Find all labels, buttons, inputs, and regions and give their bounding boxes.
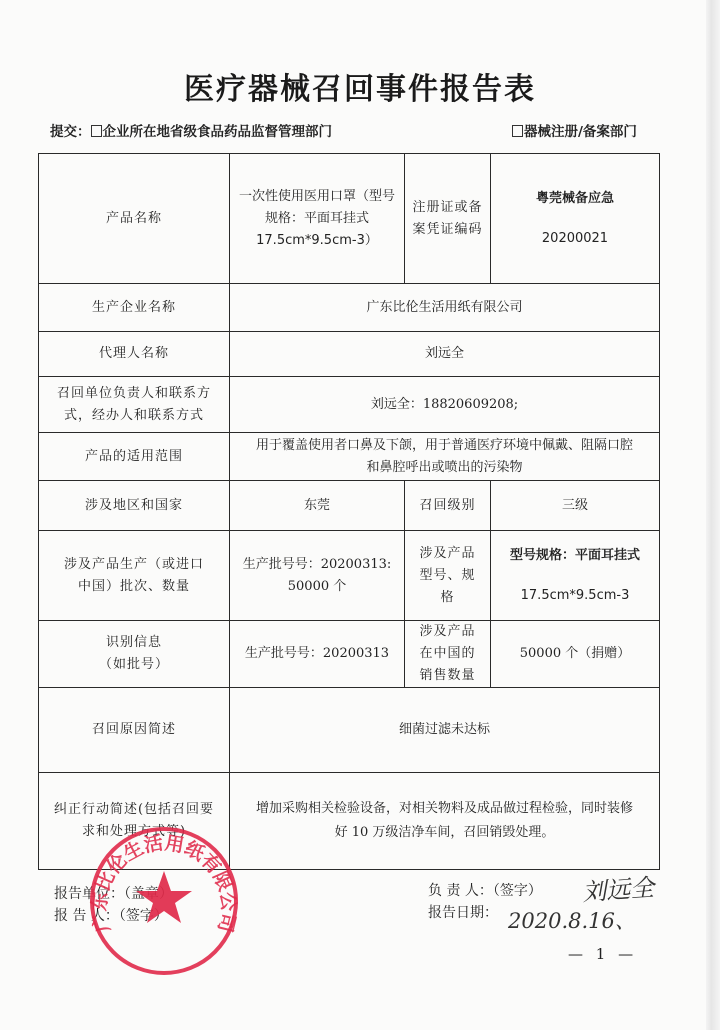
label-identification: 识别信息 （如批号）: [39, 621, 230, 688]
label-product-name: 产品名称: [39, 154, 230, 284]
row-agent: 代理人名称 刘远全: [39, 332, 660, 377]
model-value-line: 型号规格：平面耳挂式: [497, 536, 653, 576]
value-product-name: 一次性使用医用口罩（型号 规格：平面耳挂式 17.5cm*9.5cm-3）: [230, 154, 405, 284]
corrective-line: 增加采购相关检验设备，对相关物料及成品做过程检验，同时装修: [236, 797, 653, 821]
value-manufacturer: 广东比伦生活用纸有限公司: [230, 284, 660, 332]
submit-line: 提交：企业所在地省级食品药品监督管理部门: [50, 120, 332, 140]
row-corrective: 纠正行动简述(包括召回要 求和处理方式等) 增加采购相关检验设备，对相关物料及成…: [39, 773, 660, 870]
label-model: 涉及产品 型号、规 格: [405, 531, 491, 621]
checkbox-registration-dept[interactable]: [512, 125, 523, 137]
row-scope: 产品的适用范围 用于覆盖使用者口鼻及下颌，用于普通医疗环境中佩戴、阻隔口腔 和鼻…: [39, 433, 660, 481]
label-scope: 产品的适用范围: [39, 433, 230, 481]
value-sales-quantity: 50000 个（捐赠）: [491, 621, 660, 688]
scope-line: 用于覆盖使用者口鼻及下颌，用于普通医疗环境中佩戴、阻隔口腔: [236, 435, 653, 457]
model-label-line: 格: [411, 587, 484, 609]
label-corrective: 纠正行动简述(包括召回要 求和处理方式等): [39, 773, 230, 870]
row-contact: 召回单位负责人和联系方 式，经办人和联系方式 刘远全：18820609208;: [39, 377, 660, 433]
value-identification: 生产批号号：20200313: [230, 621, 405, 688]
checkbox-provincial[interactable]: [91, 125, 102, 137]
model-value-line: 17.5cm*9.5cm-3: [497, 576, 653, 616]
identification-label-line: 识别信息: [45, 632, 223, 654]
footer-left: 报告单位：（盖章） 报 告 人：（签字）: [54, 883, 173, 927]
recall-report-table: 产品名称 一次性使用医用口罩（型号 规格：平面耳挂式 17.5cm*9.5cm-…: [38, 153, 660, 870]
row-reason: 召回原因简述 细菌过滤未达标: [39, 688, 660, 773]
label-sales-quantity: 涉及产品 在中国的 销售数量: [405, 621, 491, 688]
report-unit-field[interactable]: 报告单位：（盖章）: [54, 883, 173, 905]
contact-label-line: 召回单位负责人和联系方: [41, 383, 227, 405]
reporter-field[interactable]: 报 告 人：（签字）: [54, 905, 173, 927]
row-batch: 涉及产品生产（或进口 中国）批次、数量 生产批号号：20200313: 5000…: [39, 531, 660, 621]
corrective-line: 好 10 万级洁净车间，召回销毁处理。: [236, 821, 653, 845]
handwritten-signature: 刘远全: [581, 868, 655, 908]
reg-value-line: 粤莞械备应急: [497, 179, 653, 219]
scope-line: 和鼻腔呼出或喷出的污染物: [236, 457, 653, 479]
value-model: 型号规格：平面耳挂式 17.5cm*9.5cm-3: [491, 531, 660, 621]
label-reason: 召回原因简述: [39, 688, 230, 773]
reg-value-line: 20200021: [497, 219, 653, 259]
reg-label-line: 案凭证编码: [411, 219, 484, 241]
batch-label-line: 涉及产品生产（或进口: [45, 554, 223, 576]
value-agent: 刘远全: [230, 332, 660, 377]
value-scope: 用于覆盖使用者口鼻及下颌，用于普通医疗环境中佩戴、阻隔口腔 和鼻腔呼出或喷出的污…: [230, 433, 660, 481]
product-name-line: 规格：平面耳挂式: [236, 208, 398, 230]
label-region: 涉及地区和国家: [39, 481, 230, 531]
value-corrective: 增加采购相关检验设备，对相关物料及成品做过程检验，同时装修 好 10 万级洁净车…: [230, 773, 660, 870]
page-number: — 1 —: [568, 945, 637, 963]
label-registration-code: 注册证或备 案凭证编码: [405, 154, 491, 284]
value-registration-code: 粤莞械备应急 20200021: [491, 154, 660, 284]
sales-label-line: 涉及产品: [411, 621, 484, 643]
submit-option-provincial: 企业所在地省级食品药品监督管理部门: [103, 124, 333, 140]
corrective-label-line: 求和处理方式等): [41, 821, 227, 843]
label-batch: 涉及产品生产（或进口 中国）批次、数量: [39, 531, 230, 621]
corrective-label-line: 纠正行动简述(包括召回要: [41, 799, 227, 821]
row-identification: 识别信息 （如批号） 生产批号号：20200313 涉及产品 在中国的 销售数量…: [39, 621, 660, 688]
row-product-name: 产品名称 一次性使用医用口罩（型号 规格：平面耳挂式 17.5cm*9.5cm-…: [39, 154, 660, 284]
page-title: 医疗器械召回事件报告表: [0, 64, 720, 108]
contact-label-line: 式，经办人和联系方式: [41, 405, 227, 427]
value-region: 东莞: [230, 481, 405, 531]
model-label-line: 涉及产品: [411, 543, 484, 565]
handwritten-date: 2020.8.16、: [508, 905, 636, 935]
value-recall-level: 三级: [491, 481, 660, 531]
batch-label-line: 中国）批次、数量: [45, 576, 223, 598]
sales-label-line: 在中国的: [411, 643, 484, 665]
label-agent: 代理人名称: [39, 332, 230, 377]
batch-value-line: 生产批号号：20200313:: [236, 554, 398, 576]
product-name-line: 17.5cm*9.5cm-3）: [236, 230, 398, 252]
label-recall-level: 召回级别: [405, 481, 491, 531]
batch-value-line: 50000 个: [236, 576, 398, 598]
value-contact: 刘远全：18820609208;: [230, 377, 660, 433]
model-label-line: 型号、规: [411, 565, 484, 587]
label-manufacturer: 生产企业名称: [39, 284, 230, 332]
submit-prefix: 提交：: [50, 124, 91, 140]
value-batch: 生产批号号：20200313: 50000 个: [230, 531, 405, 621]
scan-edge-shadow: [706, 0, 720, 1030]
product-name-line: 一次性使用医用口罩（型号: [236, 186, 398, 208]
submit-option-registration: 器械注册/备案部门: [524, 124, 637, 140]
identification-label-line: （如批号）: [45, 654, 223, 676]
responsible-person-field[interactable]: 负 责 人：（签字）: [428, 880, 542, 902]
submit-line-right: 器械注册/备案部门: [512, 120, 637, 140]
reg-label-line: 注册证或备: [411, 197, 484, 219]
sales-label-line: 销售数量: [411, 665, 484, 687]
value-reason: 细菌过滤未达标: [230, 688, 660, 773]
label-contact: 召回单位负责人和联系方 式，经办人和联系方式: [39, 377, 230, 433]
row-manufacturer: 生产企业名称 广东比伦生活用纸有限公司: [39, 284, 660, 332]
row-region: 涉及地区和国家 东莞 召回级别 三级: [39, 481, 660, 531]
